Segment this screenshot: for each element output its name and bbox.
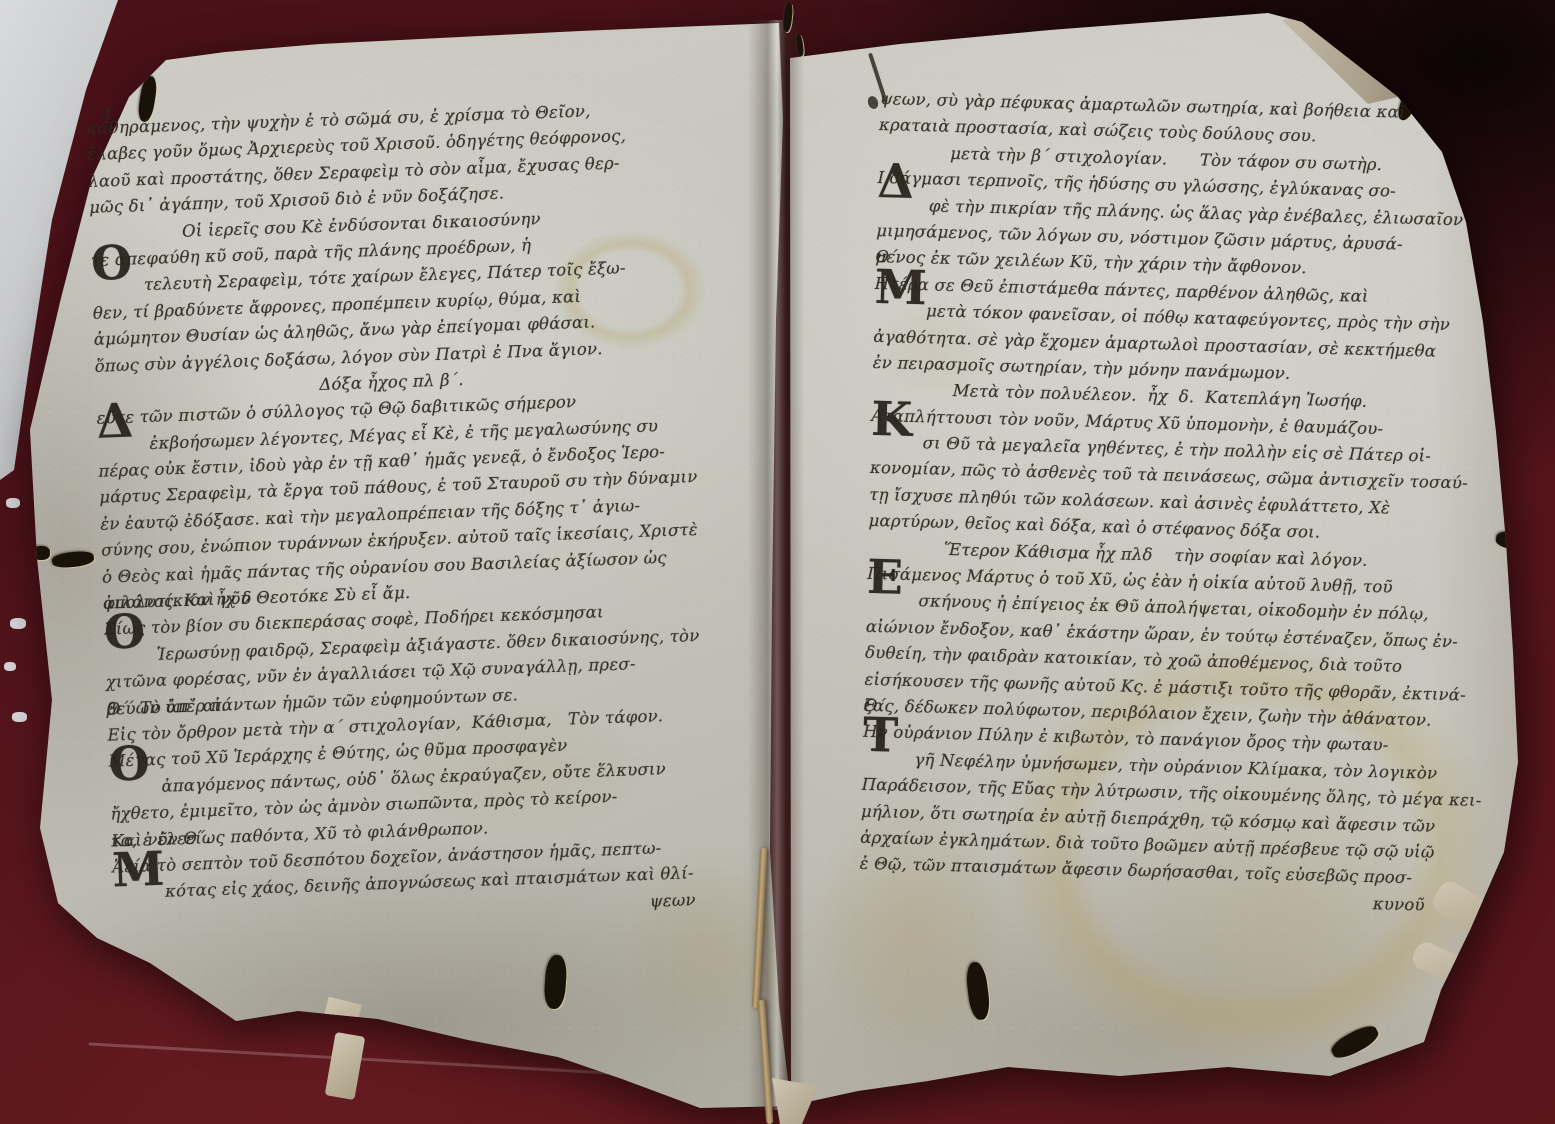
dropcap-initial: Κ [871,409,913,432]
dropcap-initial: Τ [863,725,899,748]
dropcap-initial: Ε [867,567,904,590]
dropcap-initial: Μ [874,277,927,300]
right-page-text: ψεων, σὺ γὰρ πέφυκας ἁμαρτωλῶν σωτηρία, … [859,86,1456,919]
dropcap-initial: Δ [877,171,914,194]
book-photo: 4 καθηράμενος, τὴν ψυχὴν ἐ τὸ σῶμά συ, ἐ… [0,0,1555,1124]
